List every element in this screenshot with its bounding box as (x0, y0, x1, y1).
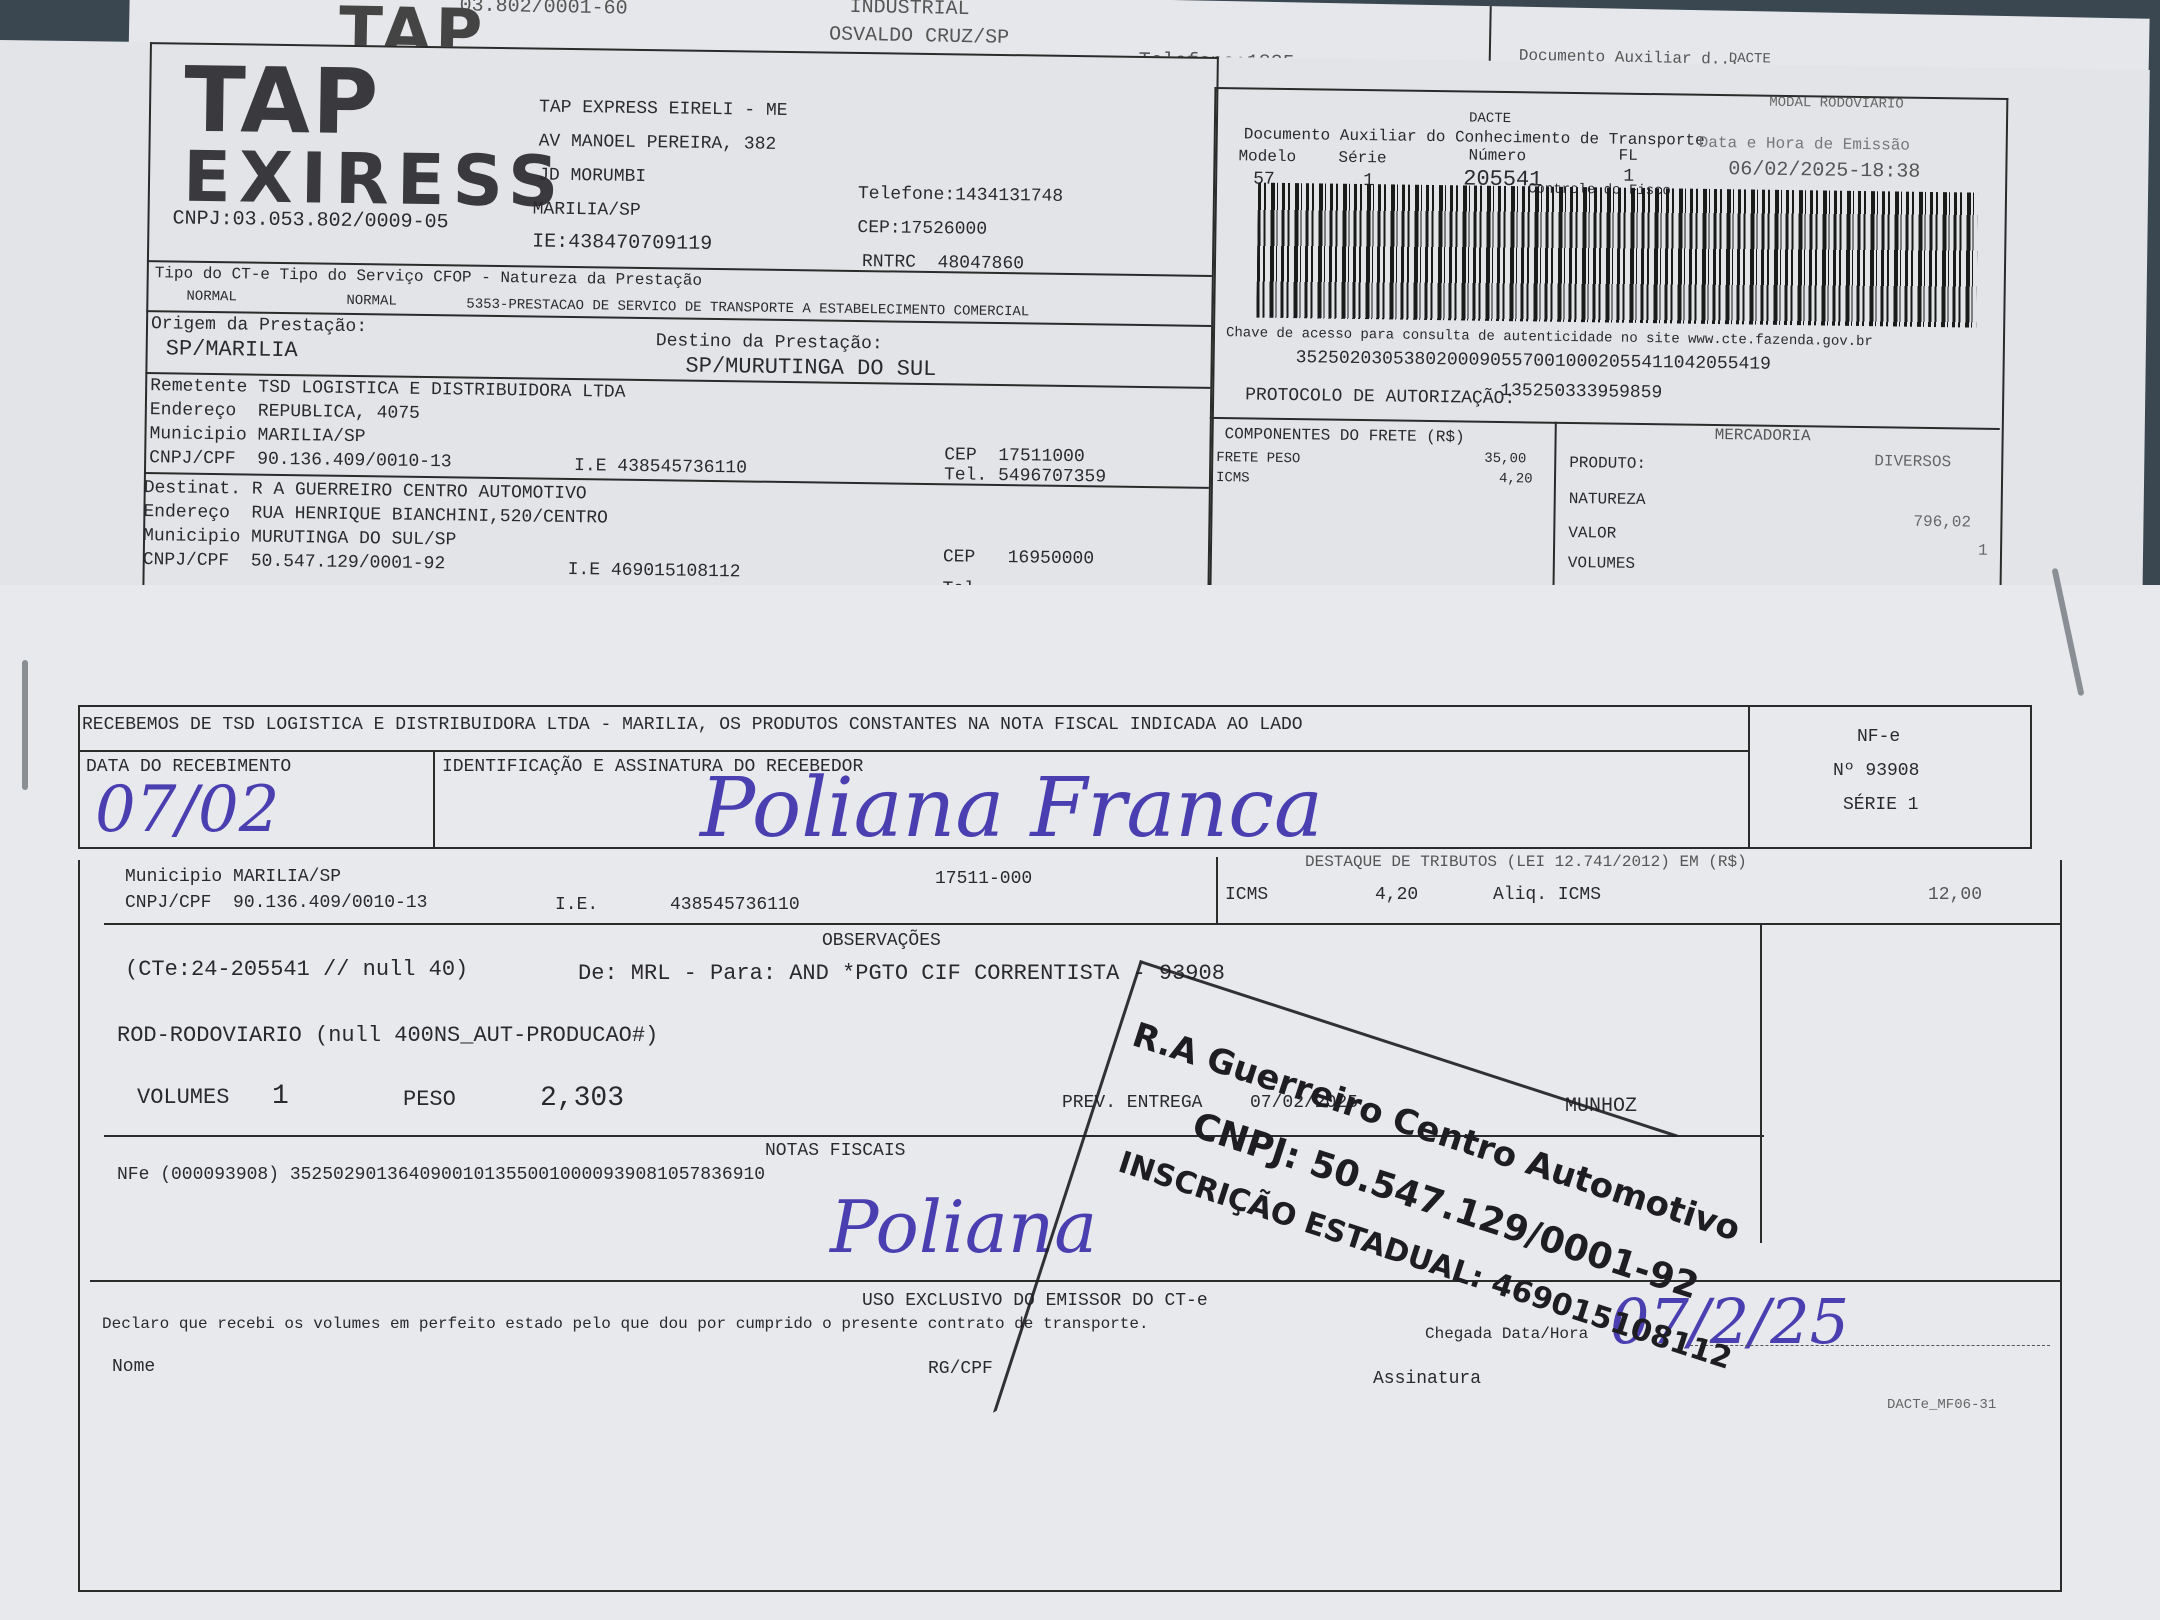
produto-value: DIVERSOS (1874, 452, 1951, 471)
protocol-value: 135250333959859 (1500, 381, 1662, 403)
destino-value: SP/MURUTINGA DO SUL (685, 354, 936, 382)
volumes-value: 1 (1978, 542, 1988, 560)
data-emissao: 06/02/2025-18:38 (1728, 158, 1920, 184)
municipio-label: Municipio (149, 424, 246, 445)
cnpj-value: 90.136.409/0010-13 (233, 893, 427, 913)
obs-line2: ROD-RODOVIARIO (null 400NS_AUT-PRODUCAO#… (117, 1023, 658, 1048)
origem-label: Origem da Prestação: (151, 314, 367, 337)
origem-value: SP/MARILIA (166, 336, 298, 363)
nome-label: Nome (112, 1357, 155, 1377)
address-value: REPUBLICA, 4075 (258, 402, 420, 424)
divider (433, 750, 435, 847)
volumes-value: 1 (272, 1081, 289, 1112)
tributos-icms-value: 4,20 (1375, 885, 1418, 905)
ie-value: 438545736110 (617, 457, 747, 479)
valor-value: 796,02 (1913, 513, 1971, 532)
cnpj-label: CNPJ/CPF (149, 448, 236, 469)
ie-value: 469015108112 (611, 561, 741, 583)
col-serie: Série (1338, 149, 1386, 168)
remetente-ie: I.E 438545736110 (574, 456, 747, 478)
emitter-ie: IE:438470709119 (532, 230, 712, 256)
natureza-label: NATUREZA (1569, 490, 1646, 509)
nfe-line: NFe (000093908) 352502901364090010135500… (117, 1165, 765, 1185)
remetente-municipio: Municipio MARILIA/SP (149, 424, 365, 447)
nfe-serie: SÉRIE 1 (1843, 795, 1919, 815)
back-industrial: INDUSTRIAL (849, 0, 969, 21)
emitter-cep: CEP:17526000 (857, 218, 987, 240)
obs-title: OBSERVAÇÕES (822, 931, 941, 951)
peso-value: 2,303 (540, 1083, 624, 1114)
destinatario-label: Destinat. (144, 478, 241, 499)
lower-cnpj: CNPJ/CPF 90.136.409/0010-13 (125, 893, 427, 913)
notas-title: NOTAS FISCAIS (765, 1141, 905, 1161)
emitter-city: MARILIA/SP (533, 199, 641, 221)
cnpj-value: 90.136.409/0010-13 (257, 450, 452, 473)
emitter-cnpj: CNPJ:03.053.802/0009-05 (172, 207, 448, 234)
remetente-cnpj: CNPJ/CPF 90.136.409/0010-13 (149, 448, 452, 472)
destinatario-cnpj: CNPJ/CPF 50.547.129/0001-92 (143, 550, 446, 574)
ie-label: I.E (568, 560, 601, 580)
lower-ie-value: 438545736110 (670, 895, 800, 915)
address-label: Endereço (143, 502, 230, 523)
logo-line1: TAP (184, 58, 568, 149)
lower-ie-label: I.E. (555, 895, 598, 915)
emitter-address: AV MANOEL PEREIRA, 382 (538, 132, 776, 155)
remetente-cep: CEP 17511000 (944, 445, 1085, 467)
peso-label: PESO (403, 1087, 456, 1112)
staple (22, 660, 28, 790)
tap-express-logo: TAP EXIRESS (183, 58, 568, 215)
aliq-label: Aliq. ICMS (1493, 885, 1601, 905)
tributos-label: DESTAQUE DE TRIBUTOS (LEI 12.741/2012) E… (1305, 853, 1747, 871)
obs-line1: (CTe:24-205541 // null 40) (125, 957, 468, 982)
cep-label: CEP (943, 547, 976, 567)
remetente-address: Endereço REPUBLICA, 4075 (150, 400, 420, 424)
recipient-signature: Poliana Franca (700, 761, 1323, 856)
cep-value: 16950000 (1008, 548, 1095, 569)
cnpj-label: CNPJ/CPF (125, 893, 211, 913)
barcode (1256, 183, 1978, 328)
footer-code: DACTe_MF06-31 (1887, 1397, 1996, 1413)
declaro-text: Declaro que recebi os volumes em perfeit… (102, 1315, 1149, 1333)
back-address-fragment: OSVALDO CRUZ/SP (829, 23, 1009, 49)
aliq-value: 12,00 (1928, 885, 1982, 905)
divider (1748, 705, 1750, 847)
emitter-district: JD MORUMBI (538, 166, 646, 188)
destinatario-cep: CEP 16950000 (943, 547, 1094, 569)
ie-label: I.E (574, 456, 607, 476)
frete-item-value: 35,00 (1484, 451, 1526, 468)
valor-label: VALOR (1568, 524, 1616, 543)
modal: MODAL RODOVIARIO (1769, 95, 1904, 113)
col-modelo: Modelo (1238, 147, 1296, 166)
staple (2052, 568, 2085, 696)
handwritten-date: 07/02 (95, 773, 279, 847)
dacte-label: DACTE (1469, 111, 1511, 128)
logo-line2: EXIRESS (183, 143, 567, 215)
address-label: Endereço (150, 400, 237, 421)
col-data: Data e Hora de Emissão (1699, 134, 1910, 155)
lower-municipio: Municipio MARILIA/SP (125, 867, 341, 887)
tipo-cte: NORMAL (186, 289, 237, 306)
mercadoria-title: MERCADORIA (1715, 426, 1811, 445)
municipio-value: MURUTINGA DO SUL/SP (251, 528, 456, 551)
col-fl: FL (1618, 147, 1637, 165)
bottom-sheet: RECEBEMOS DE TSD LOGISTICA E DISTRIBUIDO… (0, 585, 2160, 1620)
destinatario-ie: I.E 469015108112 (568, 560, 741, 582)
tel-label: Tel. (944, 465, 987, 486)
cnpj-label: CNPJ/CPF (143, 550, 230, 571)
destino-label: Destino da Prestação: (656, 331, 883, 354)
volumes-label: VOLUMES (1568, 554, 1635, 573)
tel-value: 5496707359 (998, 466, 1106, 488)
chegada-line (1690, 1345, 2050, 1346)
divider (78, 750, 1748, 752)
emitter-phone: Telefone:1434131748 (858, 184, 1063, 207)
emitter-name: TAP EXPRESS EIRELI - ME (539, 98, 788, 121)
municipio-label: Municipio (125, 867, 222, 887)
municipio-value: MARILIA/SP (233, 867, 341, 887)
divider (1216, 857, 1218, 923)
protocol-label: PROTOCOLO DE AUTORIZAÇÃO: (1245, 385, 1515, 409)
rg-label: RG/CPF (928, 1359, 993, 1379)
remetente-tel: Tel. 5496707359 (944, 465, 1106, 487)
municipio-label: Municipio (143, 526, 240, 547)
frete-item-value: 4,20 (1499, 471, 1533, 487)
nfe-label: NF-e (1857, 727, 1900, 747)
nfe-number: Nº 93908 (1833, 761, 1919, 781)
dacte-sheet: TAP EXIRESS TAP EXPRESS EIRELI - ME AV M… (0, 40, 2150, 630)
cep-label: CEP (944, 445, 977, 465)
produto-label: PRODUTO: (1569, 454, 1646, 473)
cnpj-value: 50.547.129/0001-92 (251, 552, 446, 575)
municipio-value: MARILIA/SP (257, 426, 365, 448)
frete-title: COMPONENTES DO FRETE (R$) (1224, 425, 1464, 446)
obs-line1b: De: MRL - Para: AND *PGTO CIF CORRENTIST… (578, 961, 1225, 986)
divider (1760, 923, 1762, 1243)
tipo-servico: NORMAL (346, 293, 397, 310)
frete-item-label: ICMS (1216, 470, 1250, 486)
volumes-label: VOLUMES (137, 1085, 229, 1110)
col-numero: Número (1468, 147, 1526, 166)
divider (104, 923, 2060, 925)
remetente-label: Remetente (150, 376, 247, 397)
frete-item-label: FRETE PESO (1216, 450, 1300, 467)
cep-value: 17511000 (998, 446, 1085, 467)
lower-cep: 17511-000 (935, 869, 1032, 889)
tributos-icms-label: ICMS (1225, 885, 1268, 905)
receipt-declaration: RECEBEMOS DE TSD LOGISTICA E DISTRIBUIDO… (82, 715, 1303, 735)
